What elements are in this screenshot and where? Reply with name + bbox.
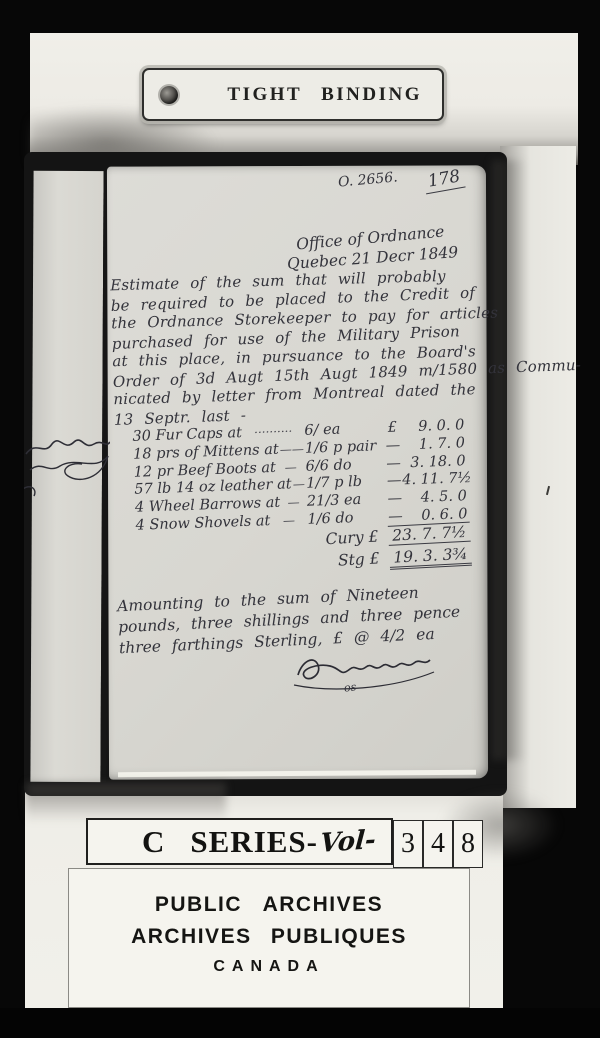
total-amount: 19. 3. 3¾ [389,545,472,570]
margin-scribble [24,426,110,498]
backing-sheet-right [500,146,576,808]
archives-line-english: PUBLIC ARCHIVES [69,893,469,917]
item-amount: 4. 11. 7½ [402,471,467,489]
item-separator: £ [384,419,401,436]
signature-flourish [290,639,440,691]
archives-label: PUBLIC ARCHIVES ARCHIVES PUBLIQUES CANAD… [68,868,470,1008]
series-name: SERIES- [190,824,318,860]
item-rate: 1/6 do [307,509,388,528]
item-leader: —— [278,442,305,457]
volume-digit: 3 [393,820,423,868]
item-rate: 6/ ea [304,420,385,439]
item-rate: 1/6 p pair [305,438,386,457]
item-amount: 3. 18. 0 [401,453,466,471]
microfilm-frame: TIGHT BINDING O. 2656. 178 Office of Ord… [0,0,600,1038]
total-label: Cury £ [302,527,389,549]
total-amount: 23. 7. 7½ [388,522,471,546]
tight-binding-tag: TIGHT BINDING [142,68,444,121]
item-amount: 9. 0. 0 [400,417,465,435]
item-leader: — [270,513,308,528]
series-prefix: C [142,824,164,860]
volume-digit: 8 [453,820,483,868]
film-edge-band [0,1008,600,1038]
body-paragraph: Estimate of the sum that will probably b… [110,266,494,429]
volume-digit-cards: 3 4 8 [393,820,483,868]
item-separator: — [385,437,402,454]
item-amount: 1. 7. 0 [401,435,466,453]
item-leader: — [280,495,307,510]
total-label: Stg £ [303,549,390,571]
item-leader: — [276,459,306,474]
archives-line-canada: CANADA [69,958,469,976]
series-vol-handwritten: Vol- [319,824,377,858]
items-list: 30 Fur Caps at ·········· 6/ ea £ 9. 0. … [132,417,468,535]
totals: Cury £ 23. 7. 7½ Stg £ 19. 3. 3¾ [302,522,472,577]
item-amount: 4. 5. 0 [403,488,468,506]
volume-digit: 4 [423,820,453,868]
archives-line-french: ARCHIVES PUBLIQUES [69,925,469,949]
item-separator: — [387,508,404,525]
item-separator: — [387,491,404,508]
item-leader: — [291,477,306,492]
item-rate: 21/3 ea [307,491,388,510]
series-label: C SERIES- Vol- [86,818,393,865]
item-separator: — [385,455,402,472]
item-desc: 30 Fur Caps at [132,425,242,445]
signature-caption: os [343,680,357,694]
grommet-icon [160,86,178,104]
binding-tag-label: TIGHT BINDING [178,84,442,106]
item-separator: — [386,473,403,490]
item-leader: ·········· [242,424,305,440]
item-rate: 1/7 p lb [306,473,387,492]
item-desc: 4 Snow Shovels at [135,513,270,534]
item-rate: 6/6 do [305,456,386,475]
